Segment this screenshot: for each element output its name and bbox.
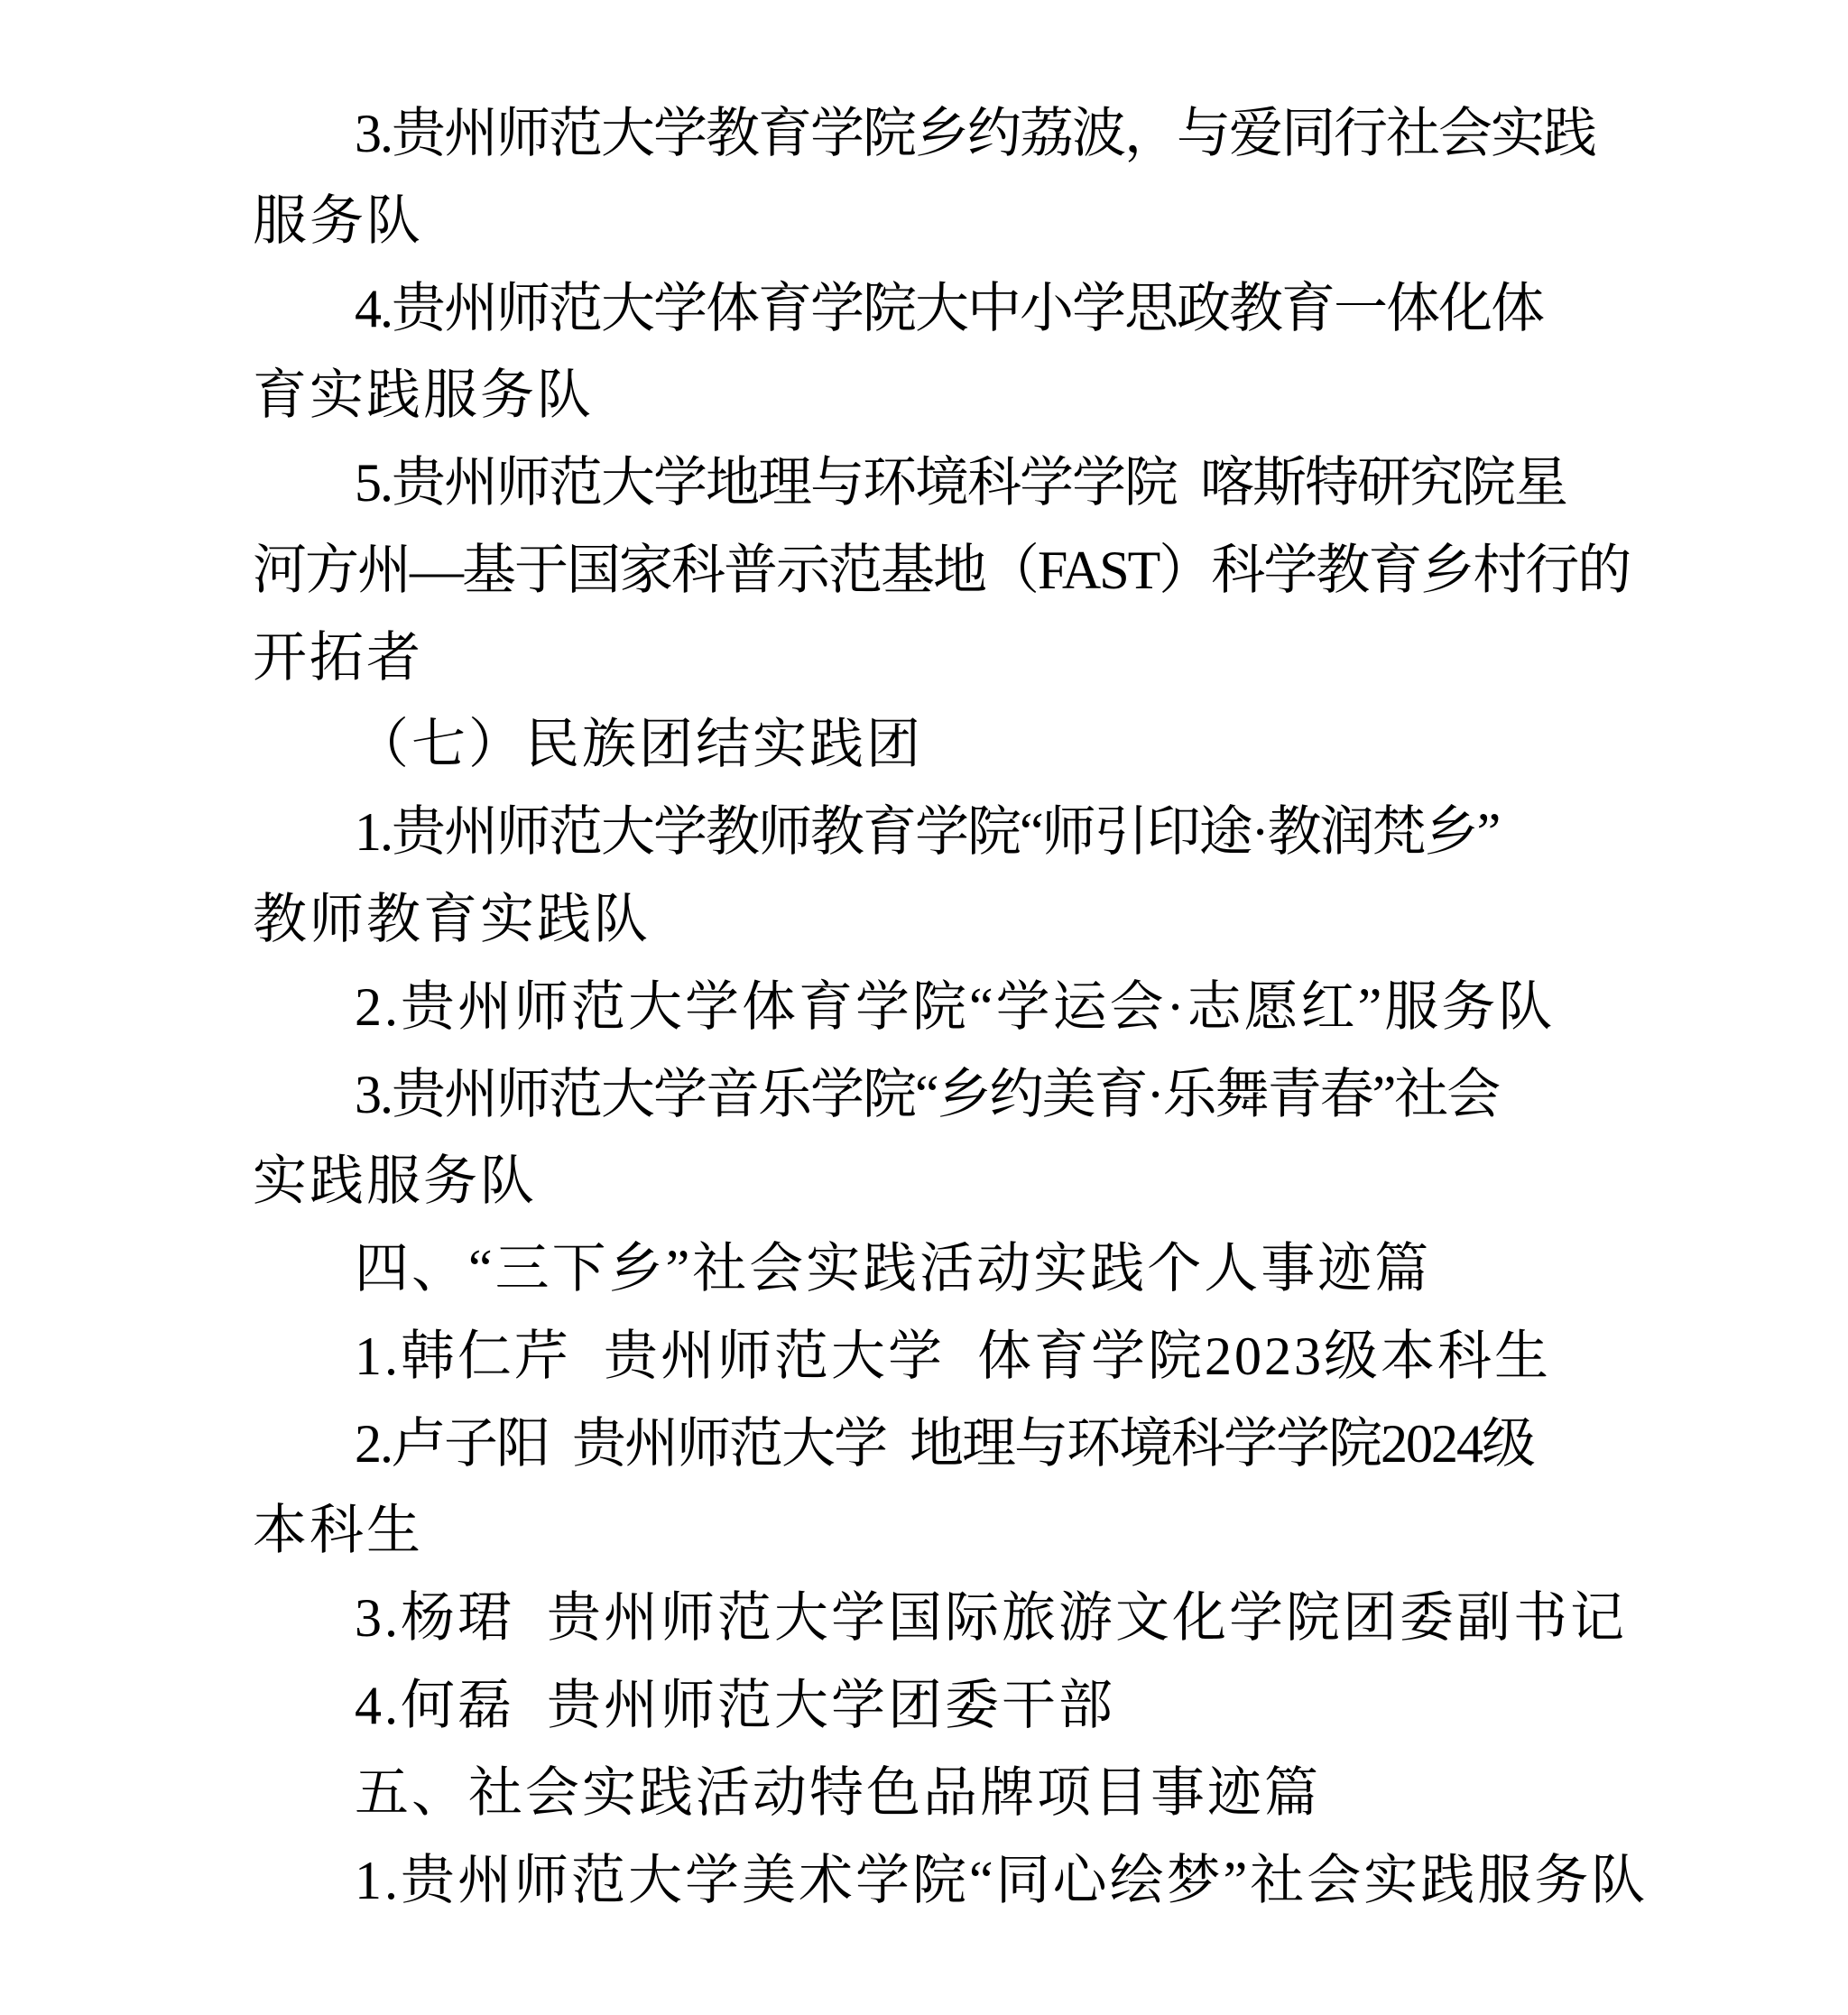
text-line: 3.贵州师范大学音乐学院“乡约美育·乐舞青春”社会 bbox=[355, 1068, 1499, 1122]
text-line: 实践服务队 bbox=[253, 1154, 537, 1208]
text-line: 本科生 bbox=[253, 1503, 423, 1557]
text-line: 1.贵州师范大学教师教育学院“师引印途·教润梵乡” bbox=[355, 805, 1499, 859]
text-line: 河方州—基于国家科普示范基地（FAST）科学教育乡村行的 bbox=[253, 543, 1630, 597]
text-line: 3.贵州师范大学教育学院乡约荔波，与爱同行社会实践 bbox=[355, 106, 1595, 161]
text-line: 育实践服务队 bbox=[253, 368, 594, 422]
text-line: 1.韩仁芹 贵州师范大学 体育学院2023级本科生 bbox=[355, 1329, 1551, 1383]
text-line: 服务队 bbox=[253, 194, 423, 248]
text-line: （七）民族团结实践团 bbox=[355, 717, 923, 772]
text-line: 5.贵州师范大学地理与环境科学学院 喀斯特研究院星 bbox=[355, 456, 1566, 510]
text-line: 五、社会实践活动特色品牌项目事迹篇 bbox=[355, 1766, 1321, 1820]
text-line: 1.贵州师范大学美术学院“同心绘梦”社会实践服务队 bbox=[355, 1853, 1648, 1908]
text-line: 4.贵州师范大学体育学院大中小学思政教育一体化体 bbox=[355, 282, 1543, 336]
text-line: 2.卢子阳 贵州师范大学 地理与环境科学学院2024级 bbox=[355, 1417, 1534, 1471]
text-line: 2.贵州师范大学体育学院“学运会·志愿红”服务队 bbox=[355, 980, 1555, 1034]
text-line: 3.杨珺 贵州师范大学国际旅游文化学院团委副书记 bbox=[355, 1591, 1627, 1645]
text-line: 开拓者 bbox=[253, 631, 423, 685]
text-line: 4.何磊 贵州师范大学团委干部 bbox=[355, 1678, 1115, 1733]
text-line: 四、“三下乡”社会实践活动实践个人事迹篇 bbox=[355, 1242, 1431, 1296]
text-line: 教师教育实践队 bbox=[253, 892, 651, 947]
document-page: 3.贵州师范大学教育学院乡约荔波，与爱同行社会实践 服务队 4.贵州师范大学体育… bbox=[0, 0, 1848, 2015]
